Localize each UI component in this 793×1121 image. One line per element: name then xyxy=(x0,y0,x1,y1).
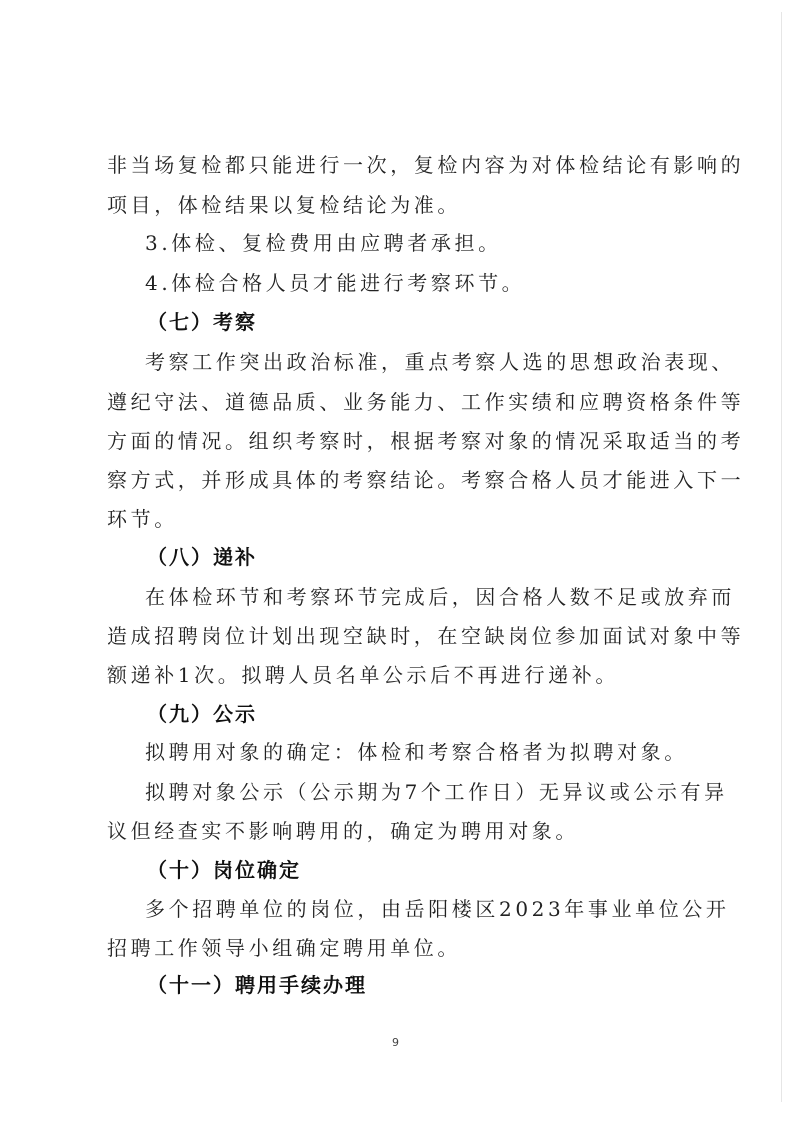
paragraph-line: 考察工作突出政治标准，重点考察人选的思想政治表现、 xyxy=(145,350,735,374)
list-item-4: 4.体检合格人员才能进行考察环节。 xyxy=(145,271,525,295)
paragraph-line: 拟聘对象公示（公示期为7个工作日）无异议或公示有异 xyxy=(145,780,728,804)
paragraph-line: 方面的情况。组织考察时，根据考察对象的情况采取适当的考 xyxy=(107,429,744,453)
paragraph-line: 遵纪守法、道德品质、业务能力、工作实绩和应聘资格条件等 xyxy=(107,390,744,414)
paragraph-line: 多个招聘单位的岗位，由岳阳楼区2023年事业单位公开 xyxy=(145,897,730,921)
paragraph-line: 招聘工作领导小组确定聘用单位。 xyxy=(107,936,461,960)
page-number: 9 xyxy=(392,1036,399,1049)
section-heading-10: （十）岗位确定 xyxy=(147,858,301,882)
paragraph-line: 环节。 xyxy=(107,507,178,531)
section-heading-7: （七）考察 xyxy=(147,310,257,334)
paragraph-line: 在体检环节和考察环节完成后，因合格人数不足或放弃而 xyxy=(145,585,735,609)
section-heading-9: （九）公示 xyxy=(147,702,257,726)
paragraph-line: 拟聘用对象的确定：体检和考察合格者为拟聘对象。 xyxy=(145,740,688,764)
paragraph-line: 非当场复检都只能进行一次，复检内容为对体检结论有影响的 xyxy=(107,153,744,177)
page-edge-line xyxy=(781,12,782,1102)
paragraph-line: 造成招聘岗位计划出现空缺时，在空缺岗位参加面试对象中等 xyxy=(107,624,744,648)
list-item-3: 3.体检、复检费用由应聘者承担。 xyxy=(145,231,502,255)
paragraph-line: 额递补1次。拟聘人员名单公示后不再进行递补。 xyxy=(107,663,619,687)
section-heading-8: （八）递补 xyxy=(147,545,257,569)
paragraph-line: 项目，体检结果以复检结论为准。 xyxy=(107,193,461,217)
paragraph-line: 察方式，并形成具体的考察结论。考察合格人员才能进入下一 xyxy=(107,468,744,492)
paragraph-line: 议但经查实不影响聘用的，确定为聘用对象。 xyxy=(107,819,579,843)
section-heading-11: （十一）聘用手续办理 xyxy=(147,973,367,997)
